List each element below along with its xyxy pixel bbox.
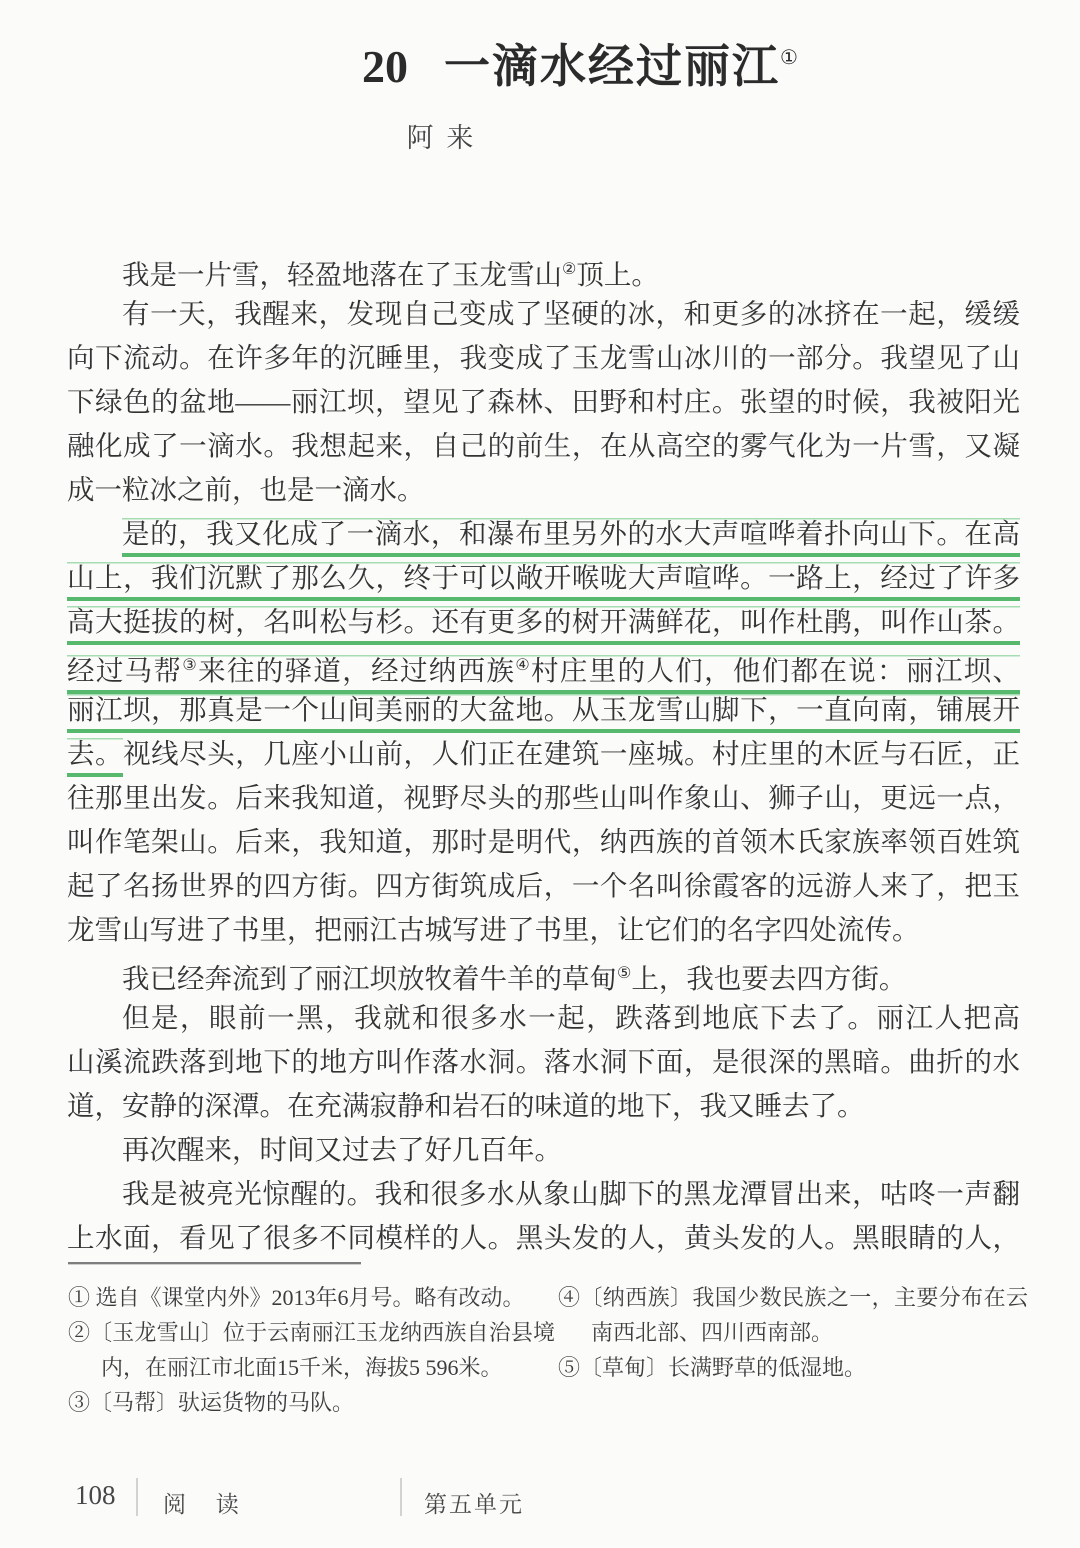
body-line: 我是被亮光惊醒的。我和很多水从象山脚下的黑龙潭冒出来，咕咚一声翻 bbox=[67, 1174, 1020, 1218]
line-text: 下绿色的盆地——丽江坝，望见了森林、田野和村庄。张望的时候，我被阳光 bbox=[67, 386, 1020, 417]
body-line: 我已经奔流到了丽江坝放牧着牛羊的草甸⑤上，我也要去四方街。 bbox=[67, 954, 1020, 998]
body-line: 融化成了一滴水。我想起来，自己的前生，在从高空的雾气化为一片雪，又凝 bbox=[67, 426, 1020, 470]
footnote-item: ① 选自《课堂内外》2013年6月号。略有改动。 bbox=[68, 1280, 555, 1315]
line-text: 道，安静的深潭。在充满寂静和岩石的味道的地下，我又睡去了。 bbox=[67, 1090, 865, 1121]
lesson-title-text: 一滴水经过丽江 bbox=[444, 41, 780, 92]
body-line: 有一天，我醒来，发现自己变成了坚硬的冰，和更多的冰挤在一起，缓缓 bbox=[67, 294, 1020, 338]
line-text: 再次醒来，时间又过去了好几百年。 bbox=[122, 1134, 562, 1165]
footnotes-right-column: ④〔纳西族〕我国少数民族之一，主要分布在云南西北部、四川西南部。⑤〔草甸〕长满野… bbox=[558, 1280, 1028, 1385]
highlighted-text: 高大挺拔的树，名叫松与杉。还有更多的树开满鲜花，叫作杜鹃，叫作山茶。 bbox=[67, 606, 1020, 645]
body-line: 经过马帮③来往的驿道，经过纳西族④村庄里的人们，他们都在说：丽江坝、 bbox=[67, 646, 1020, 690]
line-text: 山溪流跌落到地下的地方叫作落水洞。落水洞下面，是很深的黑暗。曲折的水 bbox=[67, 1046, 1020, 1077]
line-text: 成一粒冰之前，也是一滴水。 bbox=[67, 474, 425, 505]
body-line: 下绿色的盆地——丽江坝，望见了森林、田野和村庄。张望的时候，我被阳光 bbox=[67, 382, 1020, 426]
line-text: 往那里出发。后来我知道，视野尽头的那些山叫作象山、狮子山，更远一点， bbox=[67, 782, 1020, 813]
body-text: 我是一片雪，轻盈地落在了玉龙雪山②顶上。有一天，我醒来，发现自己变成了坚硬的冰，… bbox=[67, 250, 1020, 1262]
footnote-ref: ⑤ bbox=[617, 965, 631, 982]
line-text: 但是，眼前一黑，我就和很多水一起，跌落到地底下去了。丽江人把高 bbox=[122, 1002, 1020, 1033]
line-text: 融化成了一滴水。我想起来，自己的前生，在从高空的雾气化为一片雪，又凝 bbox=[67, 430, 1020, 461]
footnote-item: ④〔纳西族〕我国少数民族之一，主要分布在云南西北部、四川西南部。 bbox=[558, 1280, 1028, 1350]
line-text: 视线尽头，几座小山前，人们正在建筑一座城。村庄里的木匠与石匠，正 bbox=[123, 738, 1020, 769]
body-line: 但是，眼前一黑，我就和很多水一起，跌落到地底下去了。丽江人把高 bbox=[67, 998, 1020, 1042]
footer-divider-1 bbox=[136, 1478, 138, 1516]
body-line: 高大挺拔的树，名叫松与杉。还有更多的树开满鲜花，叫作杜鹃，叫作山茶。 bbox=[67, 602, 1020, 646]
footnotes-left-column: ① 选自《课堂内外》2013年6月号。略有改动。②〔玉龙雪山〕位于云南丽江玉龙纳… bbox=[68, 1280, 555, 1420]
body-line: 去。视线尽头，几座小山前，人们正在建筑一座城。村庄里的木匠与石匠，正 bbox=[67, 734, 1020, 778]
body-line: 向下流动。在许多年的沉睡里，我变成了玉龙雪山冰川的一部分。我望见了山 bbox=[67, 338, 1020, 382]
footer-section-label: 阅 读 bbox=[163, 1486, 251, 1519]
body-line: 叫作笔架山。后来，我知道，那时是明代，纳西族的首领木氏家族率领百姓筑 bbox=[67, 822, 1020, 866]
footnote-item: ⑤〔草甸〕长满野草的低湿地。 bbox=[558, 1350, 1028, 1385]
lesson-number: 20 bbox=[362, 41, 408, 92]
line-text: 我已经奔流到了丽江坝放牧着牛羊的草甸⑤上，我也要去四方街。 bbox=[122, 963, 906, 994]
line-text: 叫作笔架山。后来，我知道，那时是明代，纳西族的首领木氏家族率领百姓筑 bbox=[67, 826, 1020, 857]
line-text: 有一天，我醒来，发现自己变成了坚硬的冰，和更多的冰挤在一起，缓缓 bbox=[122, 298, 1020, 329]
highlighted-text: 经过马帮③来往的驿道，经过纳西族④村庄里的人们，他们都在说：丽江坝、 bbox=[67, 655, 1020, 694]
lesson-title: 20一滴水经过丽江① bbox=[40, 30, 1080, 96]
footnote-item: ②〔玉龙雪山〕位于云南丽江玉龙纳西族自治县境内，在丽江市北面15千米，海拔5 5… bbox=[68, 1315, 555, 1385]
footnote-item: ③〔马帮〕驮运货物的马队。 bbox=[68, 1385, 555, 1420]
highlighted-text: 丽江坝，那真是一个山间美丽的大盆地。从玉龙雪山脚下，一直向南，铺展开 bbox=[67, 694, 1020, 733]
body-line: 山上，我们沉默了那么久，终于可以敞开喉咙大声喧哗。一路上，经过了许多 bbox=[67, 558, 1020, 602]
body-line: 往那里出发。后来我知道，视野尽头的那些山叫作象山、狮子山，更远一点， bbox=[67, 778, 1020, 822]
line-text: 我是被亮光惊醒的。我和很多水从象山脚下的黑龙潭冒出来，咕咚一声翻 bbox=[122, 1178, 1020, 1209]
footer-divider-2 bbox=[400, 1478, 402, 1516]
page-number: 108 bbox=[75, 1480, 116, 1511]
footnote-ref: ④ bbox=[515, 657, 531, 674]
footnote-separator bbox=[68, 1262, 361, 1265]
highlighted-text: 山上，我们沉默了那么久，终于可以敞开喉咙大声喧哗。一路上，经过了许多 bbox=[67, 562, 1020, 601]
body-line: 起了名扬世界的四方街。四方街筑成后，一个名叫徐霞客的远游人来了，把玉 bbox=[67, 866, 1020, 910]
highlighted-text: 是的，我又化成了一滴水，和瀑布里另外的水大声喧哗着扑向山下。在高 bbox=[122, 518, 1020, 557]
footnote-ref: ③ bbox=[182, 657, 198, 674]
author-name: 阿 来 bbox=[0, 116, 980, 155]
body-line: 是的，我又化成了一滴水，和瀑布里另外的水大声喧哗着扑向山下。在高 bbox=[67, 514, 1020, 558]
line-text: 向下流动。在许多年的沉睡里，我变成了玉龙雪山冰川的一部分。我望见了山 bbox=[67, 342, 1020, 373]
body-line: 成一粒冰之前，也是一滴水。 bbox=[67, 470, 1020, 514]
body-line: 道，安静的深潭。在充满寂静和岩石的味道的地下，我又睡去了。 bbox=[67, 1086, 1020, 1130]
body-line: 再次醒来，时间又过去了好几百年。 bbox=[67, 1130, 1020, 1174]
body-line: 山溪流跌落到地下的地方叫作落水洞。落水洞下面，是很深的黑暗。曲折的水 bbox=[67, 1042, 1020, 1086]
highlighted-text: 去。 bbox=[67, 738, 123, 777]
line-text: 龙雪山写进了书里，把丽江古城写进了书里，让它们的名字四处流传。 bbox=[67, 914, 920, 945]
body-line: 龙雪山写进了书里，把丽江古城写进了书里，让它们的名字四处流传。 bbox=[67, 910, 1020, 954]
title-footnote-ref: ① bbox=[780, 47, 798, 69]
line-text: 上水面，看见了很多不同模样的人。黑头发的人，黄头发的人。黑眼睛的人， bbox=[67, 1222, 1020, 1253]
page-footer: 108 阅 读 第五单元 bbox=[0, 1478, 1080, 1518]
body-line: 丽江坝，那真是一个山间美丽的大盆地。从玉龙雪山脚下，一直向南，铺展开 bbox=[67, 690, 1020, 734]
body-line: 我是一片雪，轻盈地落在了玉龙雪山②顶上。 bbox=[67, 250, 1020, 294]
footer-unit-label: 第五单元 bbox=[424, 1486, 524, 1519]
body-line: 上水面，看见了很多不同模样的人。黑头发的人，黄头发的人。黑眼睛的人， bbox=[67, 1218, 1020, 1262]
line-text: 我是一片雪，轻盈地落在了玉龙雪山②顶上。 bbox=[122, 259, 659, 290]
footnote-ref: ② bbox=[562, 261, 576, 278]
line-text: 起了名扬世界的四方街。四方街筑成后，一个名叫徐霞客的远游人来了，把玉 bbox=[67, 870, 1020, 901]
textbook-page: 20一滴水经过丽江① 阿 来 我是一片雪，轻盈地落在了玉龙雪山②顶上。有一天，我… bbox=[0, 0, 1080, 1548]
